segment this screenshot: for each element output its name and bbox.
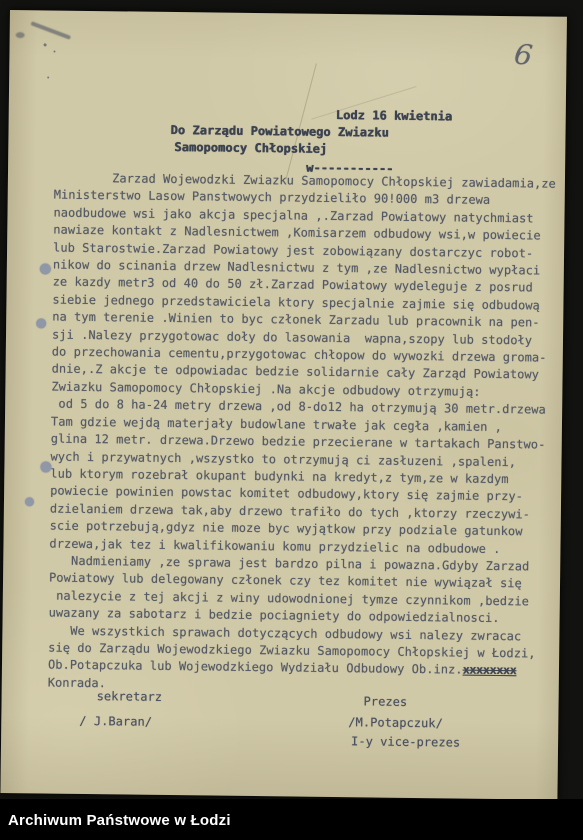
date-line: Lodz 16 kwietnia (336, 107, 453, 126)
dust-speck (47, 76, 49, 78)
scanned-document-page: { "colors": { "paper": "#d0c9a7", "ink":… (0, 0, 583, 840)
ink-dot (36, 318, 46, 328)
dust-speck (44, 43, 47, 46)
ink-dot (40, 461, 51, 472)
letter-sheet: 6 Lodz 16 kwietnia Do Zarządu Powiatoweg… (0, 10, 567, 800)
archive-watermark: Archiwum Państwowe w Łodzi (8, 812, 231, 829)
letter-body: Zarzad Wojewodzki Zwiazku Samopomocy Chł… (48, 170, 554, 698)
signature-right-title: Prezes (363, 693, 407, 711)
smudge-mark (30, 21, 71, 40)
signature-left-title: sekretarz (97, 688, 163, 706)
addressee-line-2: Samopomocy Chłopskiej (174, 139, 327, 158)
smudge-mark (16, 32, 25, 38)
handwritten-page-number: 6 (512, 37, 534, 72)
ink-dot (40, 263, 51, 274)
ink-dot (25, 497, 34, 506)
signature-right-subtitle: I-y vice-prezes (351, 733, 460, 752)
signature-right-name: /M.Potapczuk/ (348, 714, 443, 733)
struck-text: xxxxxxxx (463, 663, 517, 678)
dust-speck (53, 51, 55, 53)
scan-bottom-bar: Archiwum Państwowe w Łodzi (0, 799, 583, 840)
signature-left-name: / J.Baran/ (79, 713, 152, 731)
